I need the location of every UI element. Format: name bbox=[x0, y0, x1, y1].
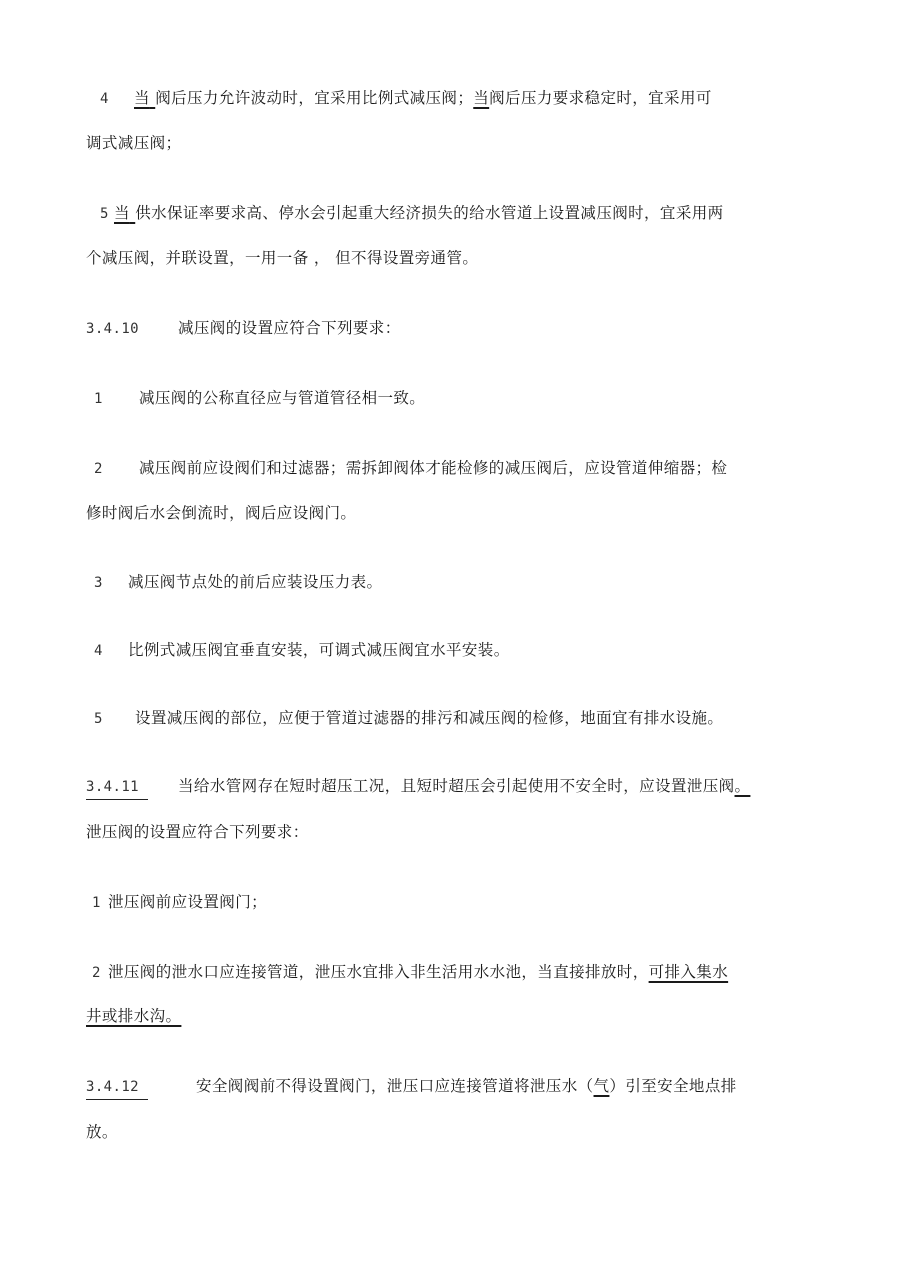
item-number: 4 bbox=[94, 641, 128, 661]
item-number: 5 bbox=[100, 204, 114, 224]
document-page: 4当 阀后压力允许波动时，宜采用比例式减压阀；当阀后压力要求稳定时，宜采用可 调… bbox=[0, 0, 900, 1273]
item-text: 阀后压力允许波动时，宜采用比例式减压阀； bbox=[155, 89, 473, 107]
list-item-2-line-2: 修时阀后水会倒流时，阀后应设阀门。 bbox=[86, 503, 356, 523]
item-text: 修时阀后水会倒流时，阀后应设阀门。 bbox=[86, 504, 356, 522]
item-text: 个减压阀，并联设置，一用一备 ， 但不得设置旁通管。 bbox=[86, 249, 478, 267]
item-number: 1 bbox=[94, 389, 139, 409]
clause-text: ）引至安全地点排 bbox=[609, 1077, 736, 1095]
item-number: 1 bbox=[92, 893, 108, 913]
list-item-4-line-2: 调式减压阀； bbox=[86, 133, 181, 153]
item-number: 5 bbox=[94, 709, 135, 729]
list-item-2b-line-2: 井或排水沟。 bbox=[86, 1006, 181, 1026]
list-item-2-line-1: 2减压阀前应设阀们和过滤器；需拆卸阀体才能检修的减压阀后，应设管道伸缩器；检 bbox=[94, 458, 727, 479]
item-text: 比例式减压阀宜垂直安装，可调式减压阀宜水平安装。 bbox=[128, 641, 510, 659]
list-item-4b: 4比例式减压阀宜垂直安装，可调式减压阀宜水平安装。 bbox=[94, 640, 510, 661]
underlined-text: 当 bbox=[114, 204, 130, 222]
item-number: 2 bbox=[94, 459, 139, 479]
clause-3-4-11-line-1: 3.4.11当给水管网存在短时超压工况，且短时超压会引起使用不安全时，应设置泄压… bbox=[86, 776, 750, 800]
item-text: 泄压阀前应设置阀门； bbox=[108, 893, 267, 911]
item-number: 4 bbox=[100, 89, 134, 109]
list-item-3: 3减压阀节点处的前后应装设压力表。 bbox=[94, 572, 382, 593]
clause-3-4-11-line-2: 泄压阀的设置应符合下列要求： bbox=[86, 822, 309, 842]
underlined-text: 气 bbox=[594, 1077, 610, 1095]
clause-text: 当给水管网存在短时超压工况，且短时超压会引起使用不安全时，应设置泄压阀 bbox=[178, 777, 735, 795]
underlined-text: 井或排水沟。 bbox=[86, 1007, 181, 1025]
item-text: 阀后压力要求稳定时，宜采用可 bbox=[489, 89, 712, 107]
clause-3-4-10: 3.4.10减压阀的设置应符合下列要求： bbox=[86, 318, 401, 339]
list-item-4-line-1: 4当 阀后压力允许波动时，宜采用比例式减压阀；当阀后压力要求稳定时，宜采用可 bbox=[100, 88, 712, 109]
item-text: 泄压阀的泄水口应连接管道，泄压水宜排入非生活用水水池，当直接排放时， bbox=[108, 963, 649, 981]
clause-number: 3.4.10 bbox=[86, 319, 178, 339]
clause-text: 泄压阀的设置应符合下列要求： bbox=[86, 823, 309, 841]
item-text: 调式减压阀； bbox=[86, 134, 181, 152]
clause-text: 减压阀的设置应符合下列要求： bbox=[178, 319, 401, 337]
item-text: 设置减压阀的部位，应便于管道过滤器的排污和减压阀的检修，地面宜有排水设施。 bbox=[135, 709, 723, 727]
item-text: 供水保证率要求高、停水会引起重大经济损失的给水管道上设置减压阀时，宜采用两 bbox=[135, 204, 723, 222]
item-text: 减压阀节点处的前后应装设压力表。 bbox=[128, 573, 382, 591]
clause-text: 安全阀阀前不得设置阀门，泄压口应连接管道将泄压水（ bbox=[196, 1077, 594, 1095]
item-text: 减压阀的公称直径应与管道管径相一致。 bbox=[139, 389, 425, 407]
list-item-5b: 5设置减压阀的部位，应便于管道过滤器的排污和减压阀的检修，地面宜有排水设施。 bbox=[94, 708, 723, 729]
list-item-2b-line-1: 2泄压阀的泄水口应连接管道，泄压水宜排入非生活用水水池，当直接排放时，可排入集水 bbox=[92, 962, 728, 983]
clause-3-4-12-line-1: 3.4.12安全阀阀前不得设置阀门，泄压口应连接管道将泄压水（气）引至安全地点排 bbox=[86, 1076, 737, 1100]
item-text: 减压阀前应设阀们和过滤器；需拆卸阀体才能检修的减压阀后，应设管道伸缩器；检 bbox=[139, 459, 727, 477]
underlined-text: 可排入集水 bbox=[649, 963, 729, 981]
underlined-text: 。 bbox=[735, 777, 751, 795]
list-item-5-line-1: 5当 供水保证率要求高、停水会引起重大经济损失的给水管道上设置减压阀时，宜采用两 bbox=[100, 203, 724, 224]
list-item-5-line-2: 个减压阀，并联设置，一用一备 ， 但不得设置旁通管。 bbox=[86, 248, 478, 268]
underlined-text: 当 bbox=[134, 89, 150, 107]
clause-number: 3.4.11 bbox=[86, 777, 148, 800]
list-item-1: 1减压阀的公称直径应与管道管径相一致。 bbox=[94, 388, 425, 409]
list-item-1b: 1泄压阀前应设置阀门； bbox=[92, 892, 267, 913]
item-number: 2 bbox=[92, 963, 108, 983]
clause-text: 放。 bbox=[86, 1123, 118, 1141]
clause-number: 3.4.12 bbox=[86, 1077, 148, 1100]
clause-3-4-12-line-2: 放。 bbox=[86, 1122, 118, 1142]
underlined-text: 当 bbox=[473, 89, 489, 107]
item-number: 3 bbox=[94, 573, 128, 593]
